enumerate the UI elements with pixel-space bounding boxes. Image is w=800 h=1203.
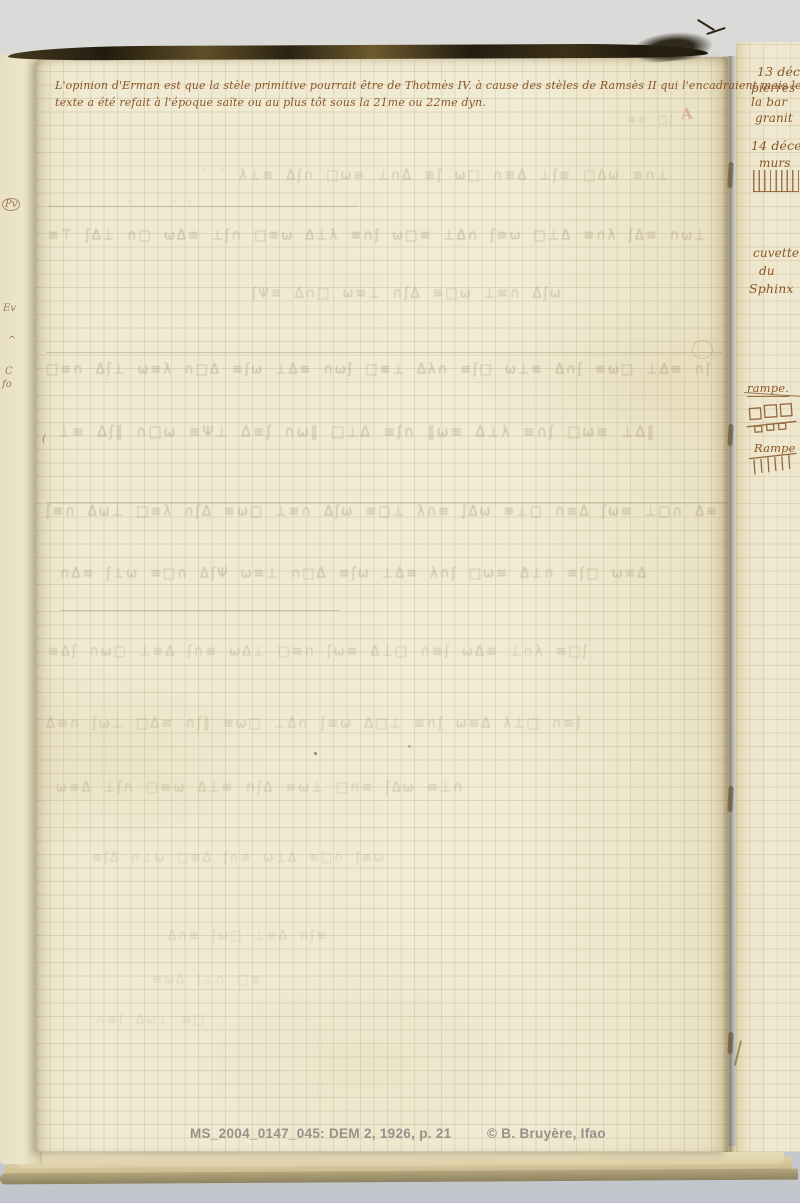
hieroglyph-pencil-row: Δ∩≡ ʃω□ ⊥≡Δ ∩ʃ≡ bbox=[168, 927, 468, 942]
edge-writing-fragment: ^ bbox=[8, 335, 16, 346]
pencil-baseline-rule bbox=[60, 610, 340, 611]
hieroglyph-pencil-row: ∩Δ≡ ʃ⊥ω ≡□∩ ΔʃΨ ω≡⊥ ∩□Δ ≡ʃω ⊥Δ≡ λ∩ʃ □ω≡ … bbox=[60, 565, 726, 581]
hieroglyph-pencil-row: ∩≡ʃ Δω⊥ ≡□ bbox=[96, 1011, 356, 1026]
margin-note: 13 décem bbox=[757, 64, 800, 79]
edge-writing-fragment: C bbox=[5, 366, 13, 377]
edge-writing-fragment: ( bbox=[42, 434, 46, 445]
hieroglyph-pencil-row: ˙ ˙ λ⊥≡ Δʃ∩ □ω≡ ⊥∩Δ ≡ʃ ω□ ∩≡Δ ⊥ʃ≡ □Δω ≡∩… bbox=[200, 167, 732, 183]
header-handwriting-line1: L'opinion d'Erman est que la stèle primi… bbox=[55, 77, 800, 94]
hieroglyph-pencil-row: ≡ʃΔ ∩⊥ω □≡Δ ʃ∩≡ ω⊥Δ ≡□∩ ʃ≡ω bbox=[92, 849, 572, 864]
margin-note: cuvette bbox=[753, 246, 799, 260]
hieroglyph-pencil-row: Δ≡∩ ʃω⊥ □Δ≡ ∩ʃ‖ ≡ω□ ⊥Δ∩ ʃ≡ω Δ□⊥ ≡∩ʃ ω≡Δ … bbox=[46, 715, 734, 731]
margin-note: 14 déce bbox=[751, 138, 800, 153]
pencil-baseline-rule bbox=[46, 502, 728, 503]
wall-hatch-sketch bbox=[753, 170, 799, 192]
hieroglyph-pencil-row: ≡Δʃ ∩ω□ ⊥≡Δ ʃ∩≡ ωΔ⊥ □≡∩ ʃω≡ Δ⊥□ ∩≡ʃ ωΔ≡ … bbox=[48, 643, 734, 659]
edge-writing-fragment: fo bbox=[2, 379, 12, 390]
margin-note: rampe. bbox=[747, 381, 789, 397]
page-gutter bbox=[722, 56, 737, 1152]
margin-note: Rampe bbox=[754, 441, 796, 455]
faint-circle-stamp bbox=[692, 340, 713, 359]
margin-note: Sphinx bbox=[749, 281, 794, 296]
margin-page bbox=[736, 42, 800, 1152]
ink-dot bbox=[314, 752, 317, 755]
margin-note: du bbox=[759, 264, 775, 278]
credit-label: © B. Bruyère, Ifao bbox=[487, 1126, 606, 1141]
margin-note: murs bbox=[759, 156, 791, 170]
hieroglyph-pencil-row: ≡∩ □ʃ bbox=[628, 115, 690, 127]
pencil-baseline-rule bbox=[48, 206, 358, 207]
pencil-baseline-rule bbox=[46, 352, 722, 353]
margin-note: granit bbox=[755, 111, 793, 125]
manuscript-scan: L'opinion d'Erman est que la stèle primi… bbox=[0, 0, 800, 1203]
notebook-page bbox=[36, 57, 728, 1152]
header-handwriting-line2: texte a été refait à l'époque saïte ou a… bbox=[55, 94, 486, 111]
edge-writing-fragment: Ev bbox=[3, 303, 16, 314]
hieroglyph-pencil-row: ≡ωΔ ʃ⊥∩ □≡ bbox=[152, 971, 412, 986]
hieroglyph-pencil-row: ʃ≡∩ Δω⊥ □≡λ ∩ʃΔ ≡ω□ ⊥≡∩ Δʃω ≡□⊥ λ∩≡ ʃΔω … bbox=[46, 503, 734, 519]
hieroglyph-pencil-row: ω≡Δ ⊥ʃ∩ □≡ω Δ⊥≡ ∩ʃΔ ≡ω⊥ □∩≡ ʃΔω ≡⊥∩ bbox=[56, 779, 616, 795]
scan-caption: MS_2004_0147_045: DEM 2, 1926, p. 21 © B… bbox=[0, 1126, 800, 1146]
margin-note: la bar bbox=[751, 95, 787, 109]
catalog-label: MS_2004_0147_045: DEM 2, 1926, p. 21 bbox=[190, 1126, 451, 1141]
hieroglyph-pencil-row: □≡∩ Δʃ⊥ ω≡λ ∩□Δ ≡ʃω ⊥Δ≡ ∩ωʃ □≡⊥ Δλ∩ ≡ʃ□ … bbox=[46, 361, 732, 377]
hieroglyph-pencil-row: ≡⊤ ʃΔ⊥ ∩□ ωΔ≡ ⊥ʃ∩ □≡ω Δ⊥λ ≡∩ʃ ω□≡ ⊥Δ∩ ʃ≡… bbox=[48, 227, 730, 243]
hieroglyph-pencil-row: ⊥≡ Δʃ‖ ∩□ω ≡Ψ⊥ Δ≡ʃ ∩ω‖ □⊥Δ ≡ʃ∩ ‖ω≡ Δ⊥λ ≡… bbox=[58, 423, 734, 440]
margin-note: pierres bbox=[751, 81, 795, 95]
hieroglyph-pencil-row: ʃΨ≡ Δ∩□ ω≡⊥ ∩ʃΔ ≡□ω ⊥≡∩ Δʃω bbox=[252, 285, 620, 301]
ink-dot bbox=[408, 745, 411, 748]
